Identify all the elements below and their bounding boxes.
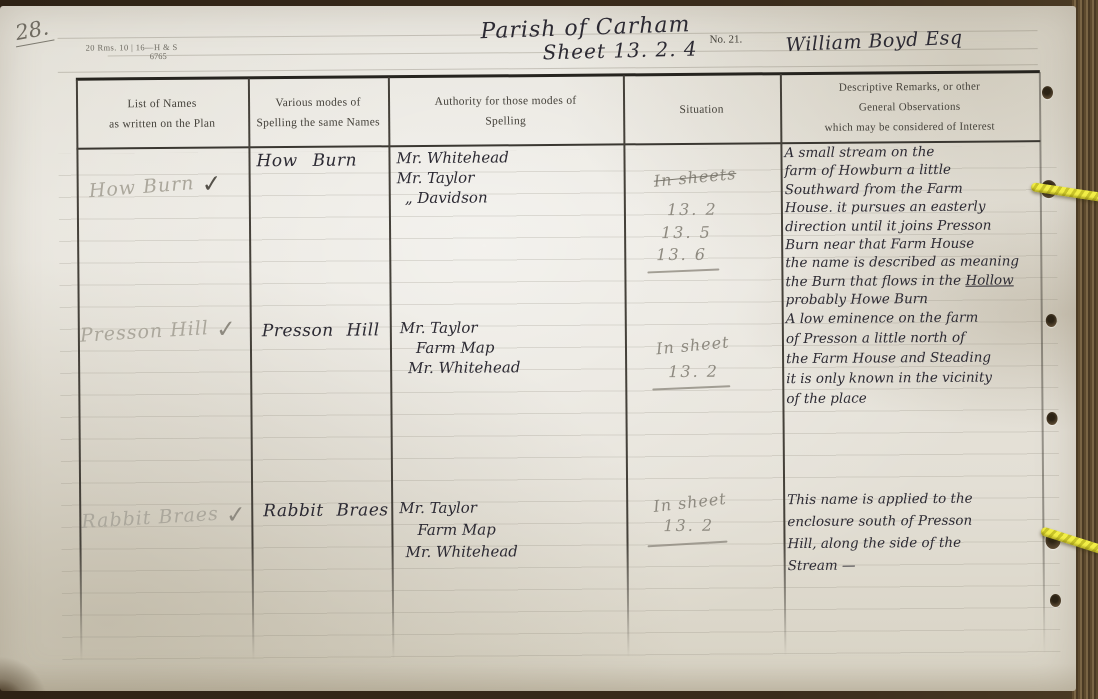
checkmark-icon: ✓ — [225, 500, 248, 529]
authority-entry: Farm Map — [400, 337, 520, 358]
spelling-entry: Rabbit Braes — [263, 500, 388, 521]
sheet-number-printed: No. 21. — [710, 33, 743, 45]
remarks-block: A low eminence on the farm of Presson a … — [786, 308, 993, 410]
spelling-entry: How Burn — [256, 151, 357, 172]
authority-list: Mr. Whitehead Mr. Taylor „ Davidson — [396, 147, 509, 208]
situation-sheet: 13. 2 — [668, 362, 719, 381]
authority-entry: Mr. Whitehead — [400, 357, 520, 378]
remarks-line: the Farm House and Steading — [786, 348, 992, 370]
column-header-line: as written on the Plan — [109, 114, 215, 135]
column-header-line: Spelling the same Names — [256, 112, 380, 133]
remarks-line: Southward from the Farm — [785, 179, 1019, 199]
column-header-names: List of Names as written on the Plan — [78, 82, 246, 145]
situation-sheet: 13. 6 — [656, 245, 707, 264]
column-header-spelling-modes: Various modes of Spelling the same Names — [250, 81, 386, 144]
authority-list: Mr. Taylor Farm Map Mr. Whitehead — [400, 317, 521, 378]
remarks-line: Stream — — [788, 554, 974, 577]
situation-sheet: 13. 2 — [667, 200, 718, 219]
scanned-name-book-page: 28. 20 Rms. 10 | 16—H & S 6765 Parish of… — [0, 0, 1098, 699]
column-header-line: List of Names — [127, 94, 196, 115]
punch-hole — [1042, 86, 1053, 99]
page-content: 28. 20 Rms. 10 | 16—H & S 6765 Parish of… — [0, 0, 1098, 699]
authority-entry: Mr. Whitehead — [396, 147, 508, 168]
remarks-block: This name is applied to the enclosure so… — [787, 488, 973, 577]
column-header-situation: Situation — [625, 78, 778, 141]
column-header-line: which may be considered of Interest — [825, 116, 995, 137]
printer-stamp-line2: 6765 — [150, 51, 167, 61]
remarks-line: This name is applied to the — [787, 488, 973, 511]
column-header-authority: Authority for those modes of Spelling — [390, 79, 621, 143]
page-number: 28. — [11, 15, 54, 48]
authority-entry: Mr. Whitehead — [400, 540, 518, 563]
sheet-reference: Sheet 13. 2. 4 — [542, 36, 698, 64]
situation-sheet: 13. 2 — [663, 516, 714, 535]
punch-hole — [1046, 314, 1057, 327]
remarks-line: Hill, along the side of the — [787, 532, 973, 555]
remarks-line: of the place — [786, 388, 992, 410]
authority-entry: Mr. Taylor — [397, 167, 509, 188]
column-header-line: Various modes of — [275, 92, 360, 113]
remarks-line: the name is described as meaning — [785, 253, 1019, 273]
remarks-line: the Burn that flows in the Hollow — [785, 271, 1019, 291]
remarks-line: of Presson a little north of — [786, 328, 992, 350]
remarks-text: the Burn that flows in the — [785, 273, 961, 290]
remarks-block: A small stream on the farm of Howburn a … — [784, 142, 1019, 309]
remarks-line: A low eminence on the farm — [786, 308, 992, 330]
remarks-line: enclosure south of Presson — [787, 510, 973, 533]
underlined-word: Hollow — [965, 272, 1013, 288]
punch-hole — [1047, 412, 1058, 425]
remarks-line: Burn near that Farm House — [785, 234, 1019, 254]
checkmark-icon: ✓ — [215, 314, 238, 343]
column-header-line: Authority for those modes of — [435, 91, 577, 112]
remarks-line: it is only known in the vicinity — [786, 368, 992, 390]
authority-list: Mr. Taylor Farm Map Mr. Whitehead — [399, 496, 518, 563]
remarks-line: House. it pursues an easterly — [785, 198, 1019, 218]
spelling-entry: Presson Hill — [262, 320, 380, 341]
column-header-line: General Observations — [859, 97, 961, 118]
authority-entry: Mr. Taylor — [400, 317, 520, 338]
remarks-line: farm of Howburn a little — [785, 161, 1019, 181]
column-header-remarks: Descriptive Remarks, or other General Ob… — [782, 73, 1038, 141]
authority-entry: Farm Map — [399, 518, 517, 541]
authority-entry: „ Davidson — [397, 187, 509, 208]
column-header-line: Descriptive Remarks, or other — [839, 77, 980, 98]
remarks-line: A small stream on the — [784, 142, 1018, 162]
punch-hole — [1050, 594, 1061, 607]
authority-entry: Mr. Taylor — [399, 496, 517, 519]
column-header-line: Spelling — [485, 111, 526, 131]
column-header-line: Situation — [679, 100, 723, 120]
remarks-line: direction until it joins Presson — [785, 216, 1019, 236]
checkmark-icon: ✓ — [201, 169, 224, 199]
